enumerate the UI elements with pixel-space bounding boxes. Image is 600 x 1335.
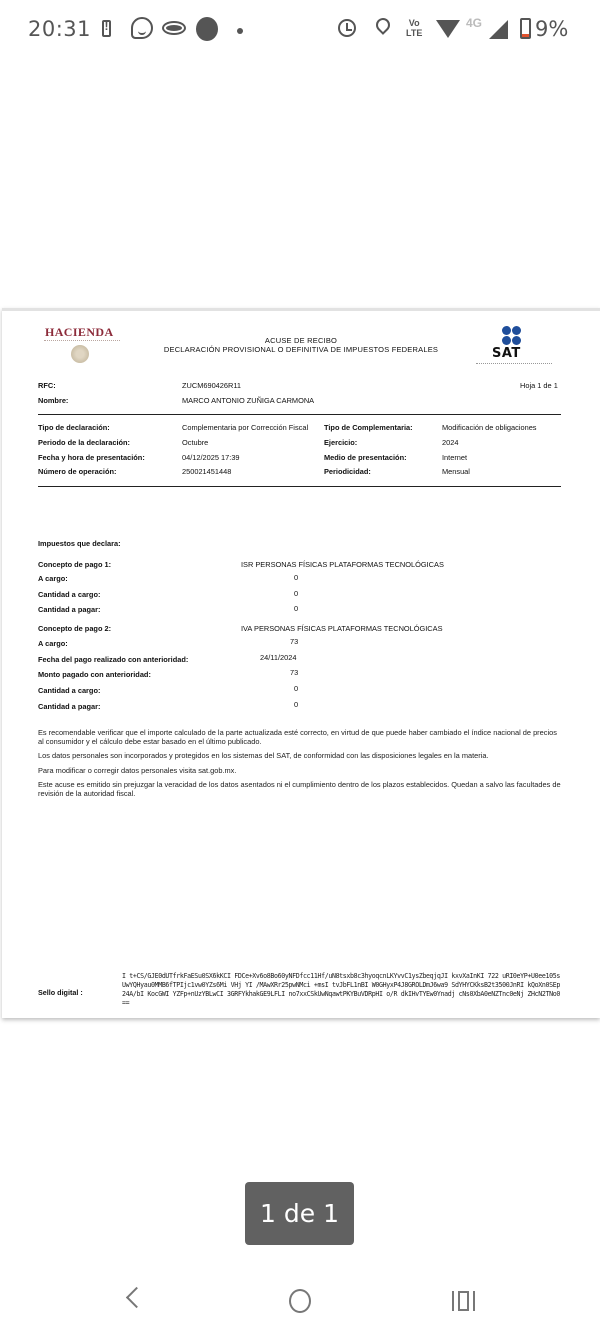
4g-icon: 4G bbox=[466, 16, 482, 30]
home-icon[interactable] bbox=[289, 1289, 311, 1313]
wifi-icon bbox=[436, 20, 460, 38]
alarm-icon bbox=[338, 19, 356, 37]
volte-icon: VoLTE bbox=[406, 18, 422, 38]
back-icon[interactable] bbox=[126, 1287, 147, 1308]
page-indicator: 1 de 1 bbox=[245, 1182, 354, 1245]
status-time: 20:31 bbox=[28, 17, 91, 41]
concepto-1-row-value: 0 bbox=[294, 604, 298, 613]
taxes-heading: Impuestos que declara: bbox=[38, 539, 121, 548]
concepto-1-row-label: A cargo: bbox=[38, 574, 68, 583]
detail-label: Número de operación: bbox=[38, 467, 116, 476]
location-icon bbox=[373, 15, 393, 35]
concepto-1-row-value: 0 bbox=[294, 573, 298, 582]
concepto-2-row-value: 0 bbox=[294, 684, 298, 693]
detail-value: 250021451448 bbox=[182, 467, 231, 476]
concepto-2-row-value: 24/11/2024 bbox=[260, 653, 296, 662]
detail-value: 2024 bbox=[442, 438, 458, 447]
divider bbox=[38, 486, 561, 487]
concepto-2-row-label: Fecha del pago realizado con anteriorida… bbox=[38, 655, 188, 664]
detail-label: Periodicidad: bbox=[324, 467, 371, 476]
pdf-page[interactable]: HACIENDA ACUSE DE RECIBO DECLARACIÓN PRO… bbox=[2, 308, 600, 1018]
detail-label: Fecha y hora de presentación: bbox=[38, 453, 145, 462]
concepto-2-row-label: Cantidad a pagar: bbox=[38, 702, 100, 711]
detail-label: Periodo de la declaración: bbox=[38, 438, 130, 447]
digital-seal-value: I t+CS/GJE0dUTfrkFaESu0SX6kKCI FDCe+Xv6o… bbox=[122, 972, 562, 1008]
battery-percent: 9% bbox=[535, 17, 568, 41]
detail-label: Tipo de declaración: bbox=[38, 423, 110, 432]
digital-seal-label: Sello digital : bbox=[38, 988, 83, 997]
concepto-1-row-label: Cantidad a pagar: bbox=[38, 605, 100, 614]
detail-label: Ejercicio: bbox=[324, 438, 357, 447]
concepto-2-row-label: Cantidad a cargo: bbox=[38, 686, 100, 695]
concepto-1-label: Concepto de pago 1: bbox=[38, 560, 111, 569]
concepto-1-value: ISR PERSONAS FÍSICAS PLATAFORMAS TECNOLÓ… bbox=[241, 560, 444, 569]
sat-subtitle bbox=[476, 363, 552, 364]
rfc-value: ZUCM690426R11 bbox=[182, 381, 241, 390]
concepto-2-row-value: 73 bbox=[290, 637, 298, 646]
battery-icon bbox=[520, 18, 531, 39]
sat-logo: SAT bbox=[492, 346, 521, 361]
detail-value: Modificación de obligaciones bbox=[442, 423, 537, 432]
battery-alert-icon bbox=[102, 20, 111, 37]
lips-icon bbox=[162, 21, 186, 35]
status-bar: 20:31 VoLTE 4G 9% bbox=[0, 0, 600, 60]
concepto-2-row-value: 73 bbox=[290, 668, 298, 677]
concepto-2-row-value: 0 bbox=[294, 700, 298, 709]
name-label: Nombre: bbox=[38, 396, 68, 405]
detail-label: Medio de presentación: bbox=[324, 453, 407, 462]
sheet-number: Hoja 1 de 1 bbox=[520, 381, 558, 390]
note-paragraph: Los datos personales son incorporados y … bbox=[38, 751, 562, 760]
notification-dot-icon bbox=[237, 28, 243, 34]
concepto-1-row-label: Cantidad a cargo: bbox=[38, 590, 100, 599]
note-paragraph: Es recomendable verificar que el importe… bbox=[38, 728, 562, 746]
volte-top-label: Vo bbox=[409, 18, 420, 28]
name-value: MARCO ANTONIO ZUÑIGA CARMONA bbox=[182, 396, 314, 405]
detail-value: Mensual bbox=[442, 467, 470, 476]
concepto-1-row-value: 0 bbox=[294, 589, 298, 598]
volte-bottom-label: LTE bbox=[406, 28, 422, 38]
concepto-2-row-label: A cargo: bbox=[38, 639, 68, 648]
concepto-2-row-label: Monto pagado con anterioridad: bbox=[38, 670, 151, 679]
divider bbox=[38, 414, 561, 415]
detail-value: Complementaria por Corrección Fiscal bbox=[182, 423, 308, 432]
detail-value: Internet bbox=[442, 453, 467, 462]
detail-label: Tipo de Complementaria: bbox=[324, 423, 413, 432]
acuse-document: HACIENDA ACUSE DE RECIBO DECLARACIÓN PRO… bbox=[2, 311, 600, 1018]
waze-icon bbox=[131, 17, 153, 39]
concepto-2-label: Concepto de pago 2: bbox=[38, 624, 111, 633]
detail-value: Octubre bbox=[182, 438, 208, 447]
note-paragraph: Este acuse es emitido sin prejuzgar la v… bbox=[38, 780, 562, 798]
rfc-label: RFC: bbox=[38, 381, 56, 390]
signal-icon bbox=[489, 20, 508, 39]
recents-icon[interactable] bbox=[452, 1291, 476, 1311]
detail-value: 04/12/2025 17:39 bbox=[182, 453, 240, 462]
concepto-2-value: IVA PERSONAS FÍSICAS PLATAFORMAS TECNOLÓ… bbox=[241, 624, 443, 633]
record-dot-icon bbox=[196, 17, 218, 41]
sat-logo-icon bbox=[502, 326, 522, 346]
note-paragraph: Para modificar o corregir datos personal… bbox=[38, 766, 562, 775]
